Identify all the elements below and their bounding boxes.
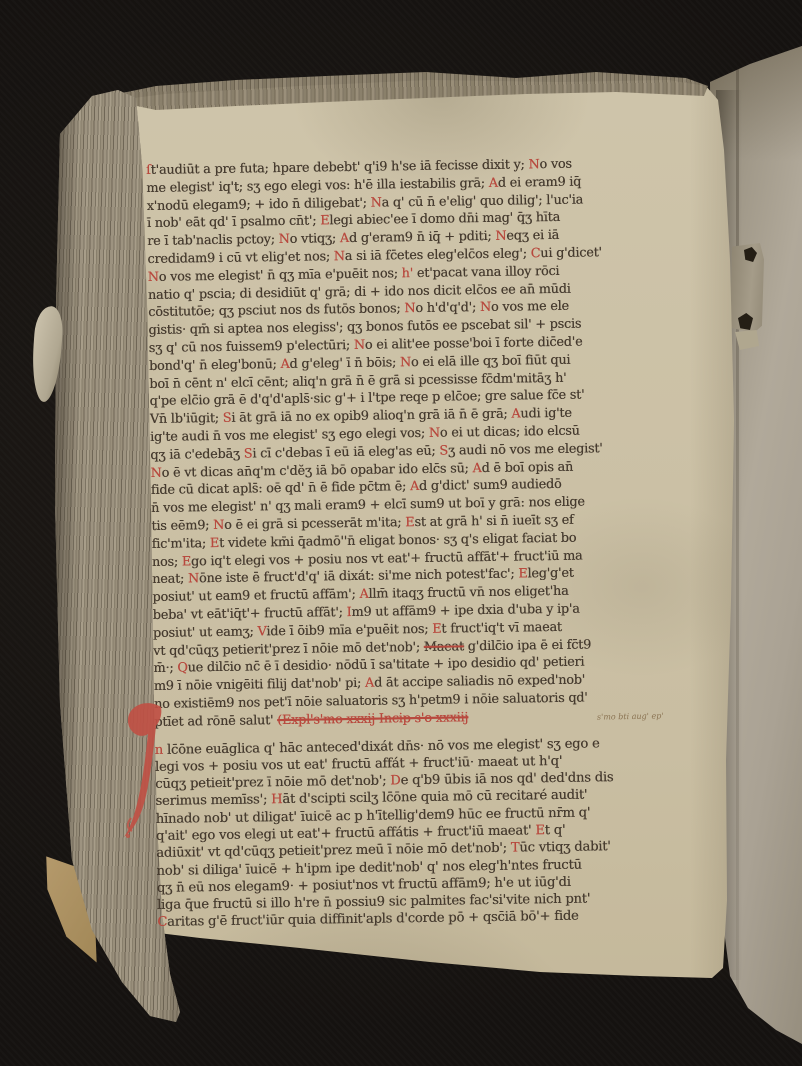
text-block-sermon-33: n lc̄ōne euāglica q' hāc anteced'dixát d…	[155, 734, 728, 933]
text-layer: ſt'audiūt a pre futa; hpare debebt' q'i9…	[146, 155, 727, 933]
text-block-sermon-32: ſt'audiūt a pre futa; hpare debebt' q'i9…	[146, 155, 724, 733]
photograph-background: ſt'audiūt a pre futa; hpare debebt' q'i9…	[0, 0, 802, 1066]
red-initial-I	[119, 700, 167, 842]
marginal-note: s'mo bti aug' ep'	[597, 711, 664, 721]
